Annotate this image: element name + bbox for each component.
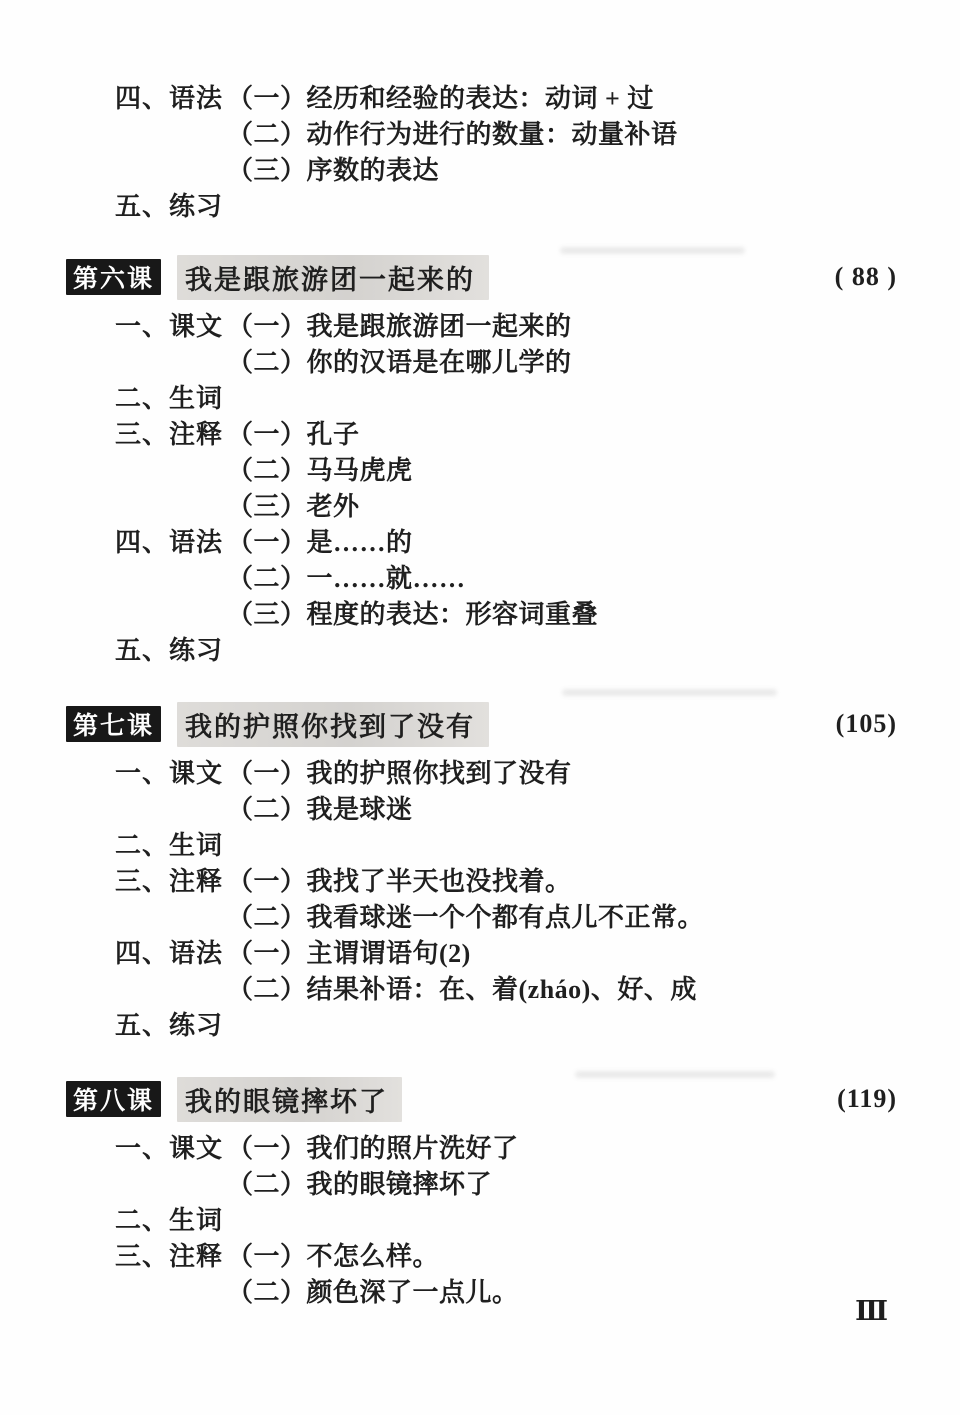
lesson-entries: 一、课文 （一）我是跟旅游团一起来的 （二）你的汉语是在哪儿学的 二、生词 三、… xyxy=(115,306,897,666)
lesson-number-badge: 第六课 xyxy=(66,259,161,295)
toc-entry-label: 一、课文 xyxy=(115,753,227,790)
toc-entry-label: 二、生词 xyxy=(115,825,227,862)
toc-entry-text: （一）我是跟旅游团一起来的 xyxy=(227,306,572,343)
lesson-number-badge: 第七课 xyxy=(66,706,161,742)
lesson-title: 我的护照你找到了没有 xyxy=(177,702,489,747)
toc-row: （三）老外 xyxy=(115,486,897,522)
lesson-header: 第八课 我的眼镜摔坏了 (119) xyxy=(66,1079,897,1119)
toc-entry-text: （二）一……就…… xyxy=(227,558,466,595)
toc-entry-label: 五、练习 xyxy=(115,1005,227,1042)
toc-row: 四、语法 （一）经历和经验的表达：动词 + 过 xyxy=(115,78,897,114)
toc-entry-text: （一）是……的 xyxy=(227,522,413,559)
toc-row: 三、注释 （一）不怎么样。 xyxy=(115,1236,897,1272)
toc-entry-text: （二）我的眼镜摔坏了 xyxy=(227,1164,492,1201)
lesson6-section: 第六课 我是跟旅游团一起来的 ( 88 ) 一、课文 （一）我是跟旅游团一起来的… xyxy=(0,257,960,666)
toc-row: （二）马马虎虎 xyxy=(115,450,897,486)
toc-entry-text: （一）孔子 xyxy=(227,414,360,451)
lesson-header: 第六课 我是跟旅游团一起来的 ( 88 ) xyxy=(66,257,897,297)
lesson-page-number: ( 88 ) xyxy=(835,262,897,292)
toc-row: 一、课文 （一）我是跟旅游团一起来的 xyxy=(115,306,897,342)
toc-entry-text: （一）不怎么样。 xyxy=(227,1236,439,1273)
toc-entry-label: 三、注释 xyxy=(115,414,227,451)
toc-row: （二）动作行为进行的数量：动量补语 xyxy=(115,114,897,150)
scan-artifact xyxy=(575,1071,775,1078)
toc-row: 一、课文 （一）我的护照你找到了没有 xyxy=(115,753,897,789)
toc-row: 二、生词 xyxy=(115,1200,897,1236)
toc-row: 三、注释 （一）孔子 xyxy=(115,414,897,450)
toc-entry-text: （二）颜色深了一点儿。 xyxy=(227,1272,519,1309)
toc-row: （二）我是球迷 xyxy=(115,789,897,825)
toc-entry-label: 一、课文 xyxy=(115,306,227,343)
toc-entry-label: 五、练习 xyxy=(115,186,227,223)
page-number: Ⅲ xyxy=(855,1296,888,1327)
lesson-header: 第七课 我的护照你找到了没有 (105) xyxy=(66,704,897,744)
toc-entry-text: （三）序数的表达 xyxy=(227,150,439,187)
toc-entry-text: （一）我的护照你找到了没有 xyxy=(227,753,572,790)
lesson-title: 我的眼镜摔坏了 xyxy=(177,1077,402,1122)
toc-page: 四、语法 （一）经历和经验的表达：动词 + 过 （二）动作行为进行的数量：动量补… xyxy=(0,0,960,1415)
toc-entry-label: 四、语法 xyxy=(115,933,227,970)
toc-row: 五、练习 xyxy=(115,186,897,222)
lesson7-section: 第七课 我的护照你找到了没有 (105) 一、课文 （一）我的护照你找到了没有 … xyxy=(0,704,960,1041)
toc-row: 四、语法 （一）是……的 xyxy=(115,522,897,558)
lesson5-tail-section: 四、语法 （一）经历和经验的表达：动词 + 过 （二）动作行为进行的数量：动量补… xyxy=(115,0,897,222)
toc-row: （二）一……就…… xyxy=(115,558,897,594)
toc-entry-text: （一）我找了半天也没找着。 xyxy=(227,861,572,898)
lesson-title: 我是跟旅游团一起来的 xyxy=(177,255,489,300)
toc-entry-text: （二）你的汉语是在哪儿学的 xyxy=(227,342,572,379)
toc-entry-text: （一）经历和经验的表达：动词 + 过 xyxy=(227,78,654,115)
toc-entry-text: （二）我是球迷 xyxy=(227,789,413,826)
toc-entry-text: （二）马马虎虎 xyxy=(227,450,413,487)
lesson8-section: 第八课 我的眼镜摔坏了 (119) 一、课文 （一）我们的照片洗好了 （二）我的… xyxy=(0,1079,960,1308)
toc-entry-text: （一）主谓谓语句(2) xyxy=(227,933,471,970)
toc-entry-text: （一）我们的照片洗好了 xyxy=(227,1128,519,1165)
lesson-page-number: (119) xyxy=(837,1084,897,1114)
lesson-entries: 一、课文 （一）我们的照片洗好了 （二）我的眼镜摔坏了 二、生词 三、注释 （一… xyxy=(115,1128,897,1308)
toc-row: 五、练习 xyxy=(115,630,897,666)
toc-entry-label: 一、课文 xyxy=(115,1128,227,1165)
toc-row: （二）颜色深了一点儿。 xyxy=(115,1272,897,1308)
toc-row: 一、课文 （一）我们的照片洗好了 xyxy=(115,1128,897,1164)
toc-entry-label: 四、语法 xyxy=(115,78,227,115)
toc-entry-label: 二、生词 xyxy=(115,378,227,415)
scan-artifact xyxy=(562,689,777,696)
toc-entry-text: （二）动作行为进行的数量：动量补语 xyxy=(227,114,678,151)
toc-row: 二、生词 xyxy=(115,825,897,861)
lesson-number-badge: 第八课 xyxy=(66,1081,161,1117)
toc-entry-label: 三、注释 xyxy=(115,861,227,898)
toc-entry-text: （三）程度的表达：形容词重叠 xyxy=(227,594,598,631)
toc-entry-label: 四、语法 xyxy=(115,522,227,559)
lesson-page-number: (105) xyxy=(836,709,897,739)
toc-entry-text: （三）老外 xyxy=(227,486,360,523)
toc-row: （三）序数的表达 xyxy=(115,150,897,186)
toc-row: （二）我的眼镜摔坏了 xyxy=(115,1164,897,1200)
toc-entry-label: 三、注释 xyxy=(115,1236,227,1273)
toc-row: 二、生词 xyxy=(115,378,897,414)
lesson-entries: 一、课文 （一）我的护照你找到了没有 （二）我是球迷 二、生词 三、注释 （一）… xyxy=(115,753,897,1041)
toc-row: 五、练习 xyxy=(115,1005,897,1041)
toc-row: （二）我看球迷一个个都有点儿不正常。 xyxy=(115,897,897,933)
toc-row: （三）程度的表达：形容词重叠 xyxy=(115,594,897,630)
toc-row: 四、语法 （一）主谓谓语句(2) xyxy=(115,933,897,969)
toc-row: （二）结果补语：在、着(zháo)、好、成 xyxy=(115,969,897,1005)
scan-artifact xyxy=(560,247,745,254)
toc-entry-text: （二）我看球迷一个个都有点儿不正常。 xyxy=(227,897,704,934)
toc-row: 三、注释 （一）我找了半天也没找着。 xyxy=(115,861,897,897)
toc-entry-text: （二）结果补语：在、着(zháo)、好、成 xyxy=(227,969,697,1006)
toc-entry-label: 二、生词 xyxy=(115,1200,227,1237)
toc-row: （二）你的汉语是在哪儿学的 xyxy=(115,342,897,378)
toc-entry-label: 五、练习 xyxy=(115,630,227,667)
